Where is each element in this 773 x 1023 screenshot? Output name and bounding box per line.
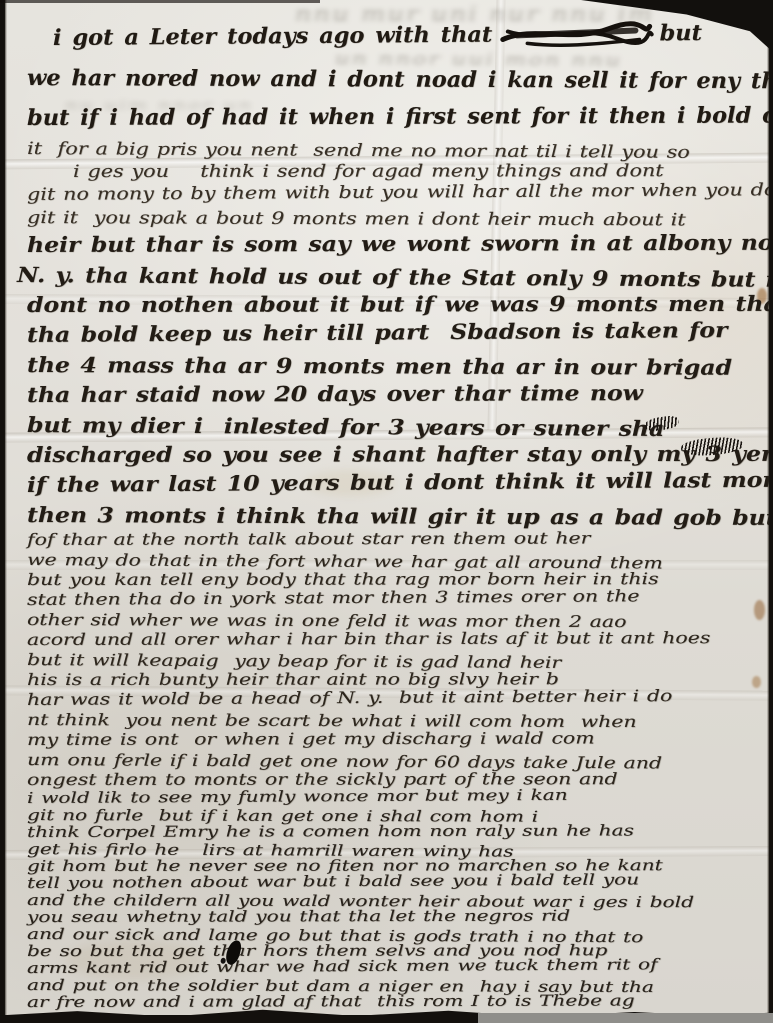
letter-line: i got a Leter todays ago with thatbut [53, 12, 773, 58]
scribble-redaction [498, 18, 653, 47]
letter-line-text: but [659, 20, 702, 46]
letter-line: tha bold keep us heir till part Sbadson … [27, 314, 773, 350]
letter-line: ar fre now and i am glad af that this ro… [27, 991, 773, 1011]
letter-line: you seau whetny tald you that tha let th… [27, 906, 773, 926]
letter-line: heir but thar is som say we wont sworn i… [27, 227, 773, 260]
letter-line: but if i had of had it when i first sent… [27, 95, 773, 138]
letter-line: we har nored now and i dont noad i kan s… [27, 58, 773, 101]
letter-line: if the war last 10 years but i dont thin… [27, 464, 773, 500]
letter-line-text: i got a Leter todays ago with that [53, 22, 492, 51]
letter-line: git no mony to by them with but you will… [27, 178, 773, 207]
letter-line: acord und all orer whar i har bin thar i… [27, 627, 773, 650]
letter-line: tha har staid now 20 days over thar time… [27, 377, 773, 410]
letter-page: nnu mur uni nur nnu im un nnor uui mon n… [5, 0, 769, 1015]
letter-line: fof thar at the north talk about star re… [27, 527, 773, 550]
letter-line: tell you nothen about war but i bald see… [27, 869, 773, 892]
letter-line: arms kant rid out whar we had sick men w… [27, 954, 773, 977]
letter-line: my time is ont or when i get my discharg… [27, 727, 773, 750]
letter-body: i got a Leter todays ago with thatbut we… [27, 18, 759, 1011]
letter-line: i wold lik to see my fumly wonce mor but… [27, 784, 773, 807]
scanned-letter: nnu mur uni nur nnu im un nnor uui mon n… [0, 0, 773, 1023]
letter-line: think Corpel Emry he is a comen hom non … [27, 821, 773, 841]
